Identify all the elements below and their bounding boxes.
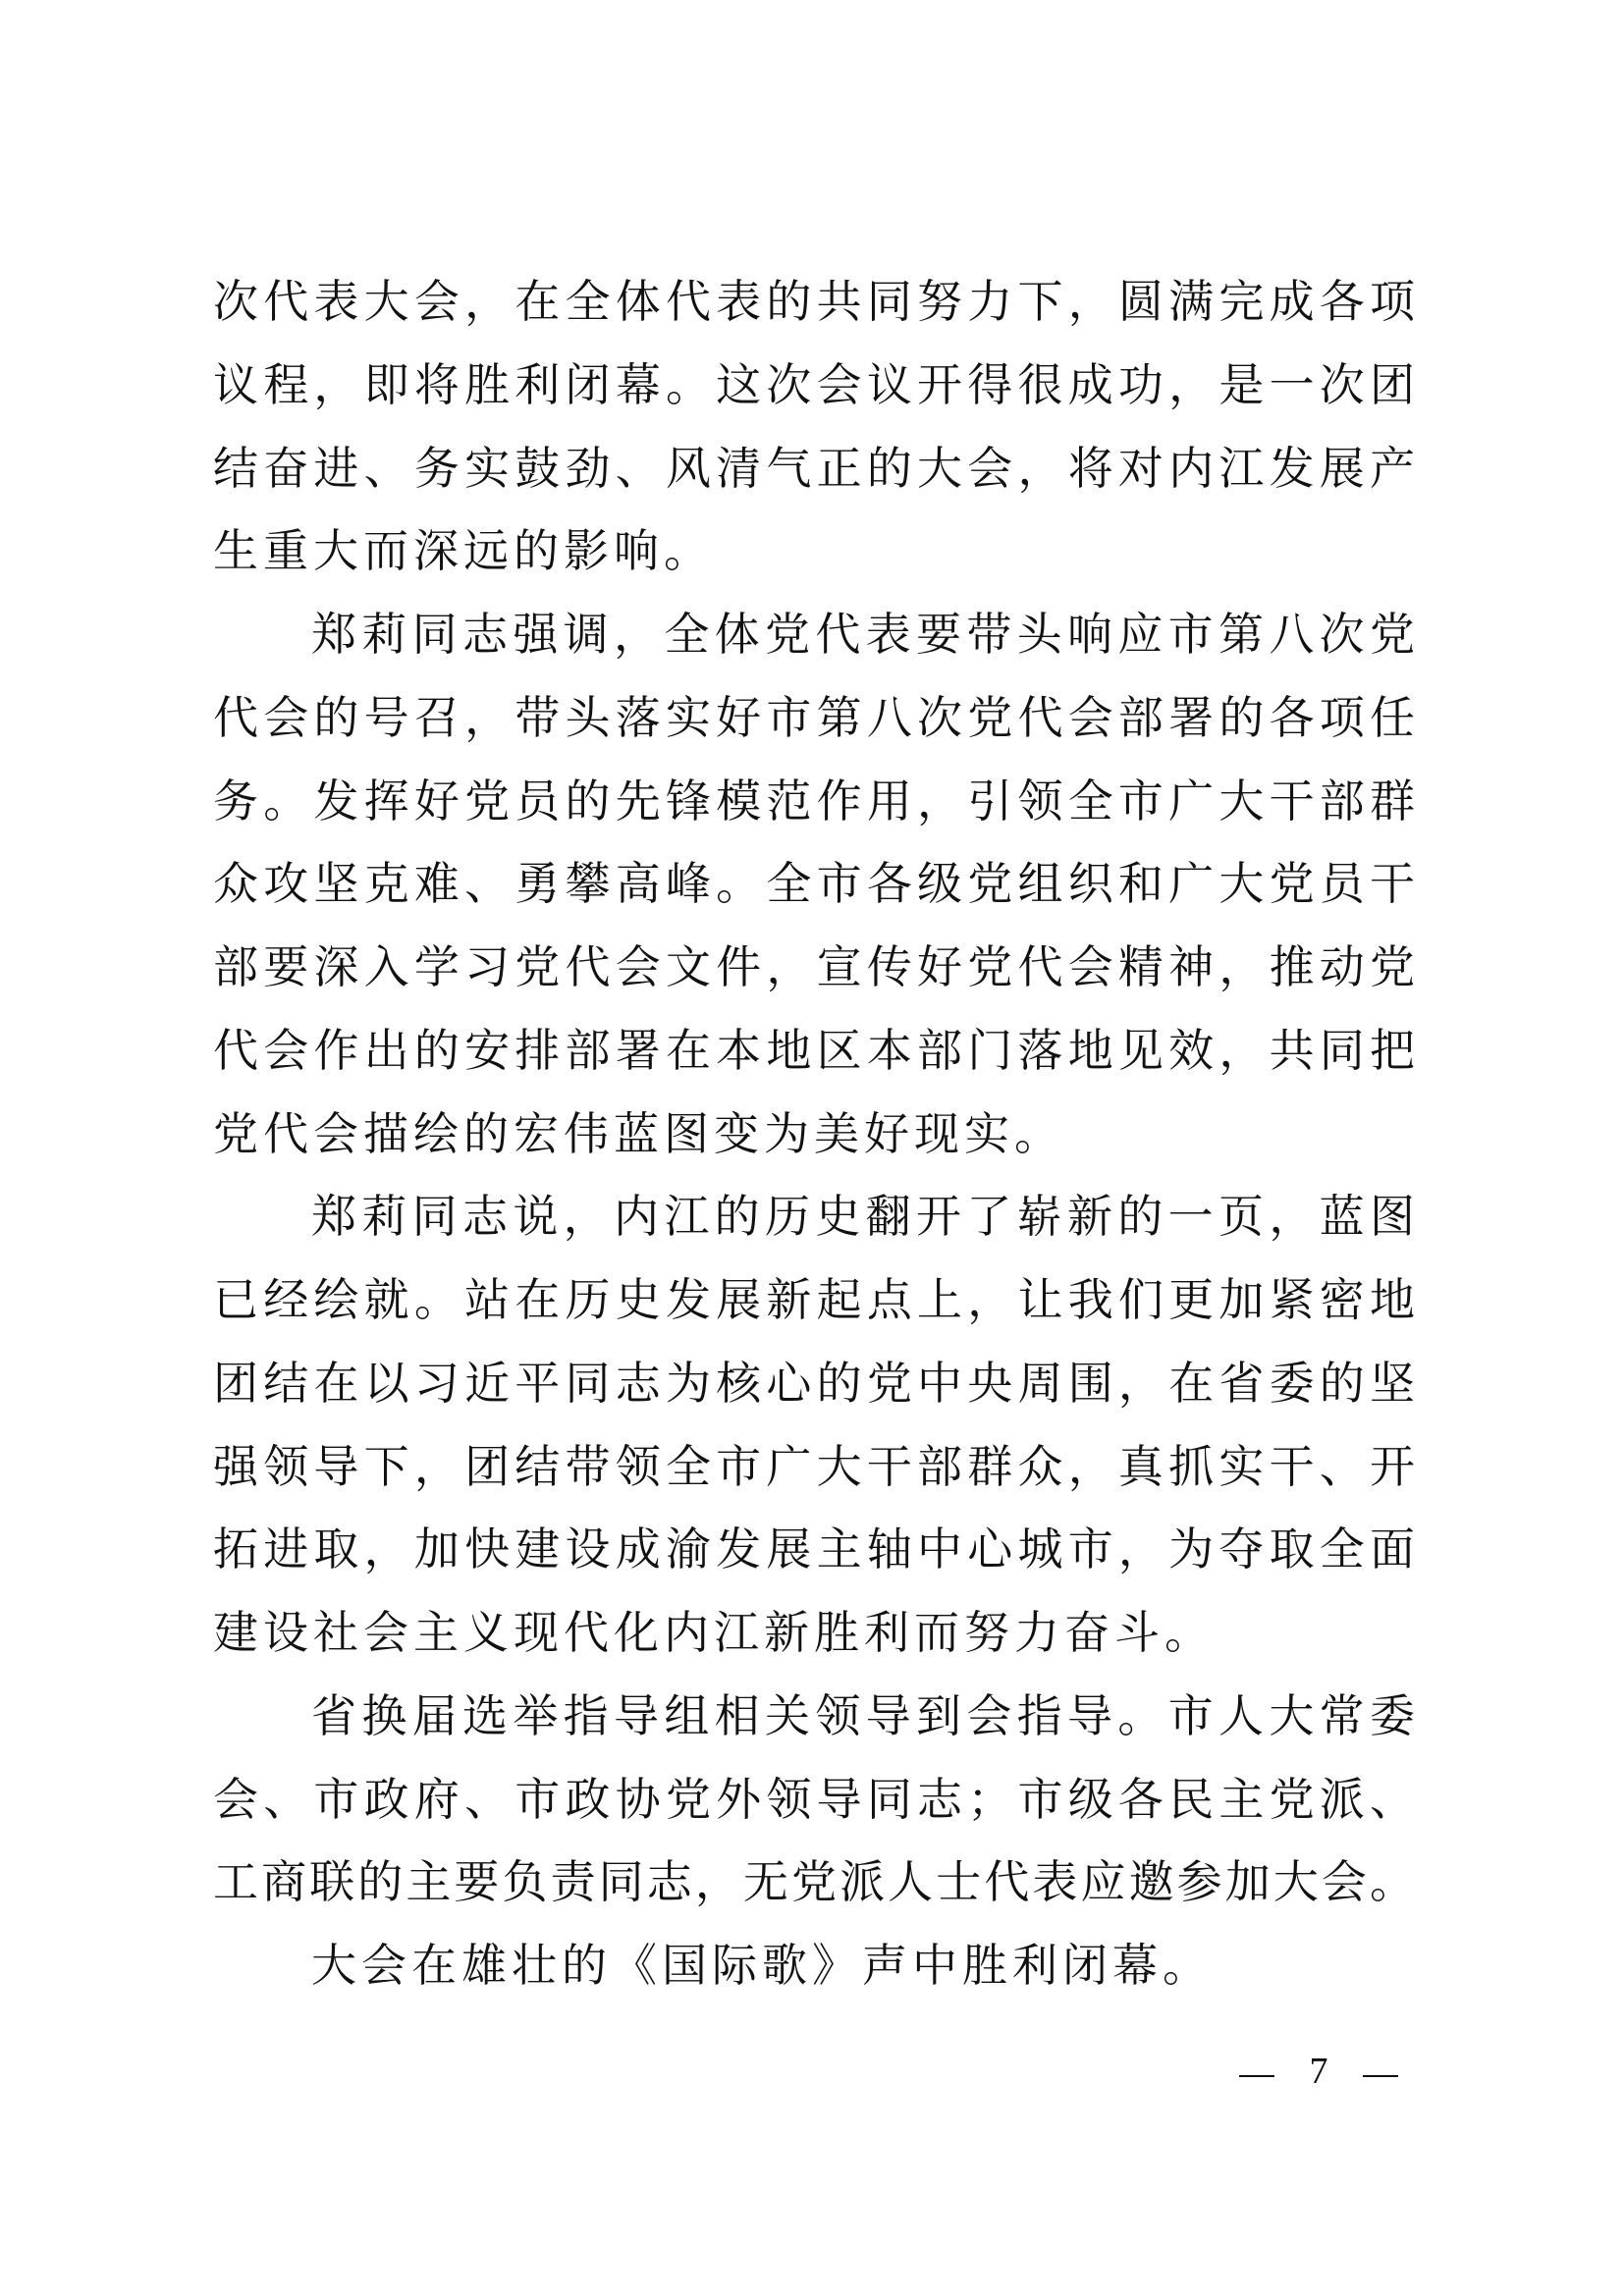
paragraph-3: 郑莉同志说，内江的历史翻开了崭新的一页，蓝图 已经绘就。站在历史发展新起点上，让… <box>213 1182 1415 1682</box>
text-line: 次代表大会，在全体代表的共同努力下，圆满完成各项 <box>213 267 1415 350</box>
page-number-dash-left <box>1239 2075 1274 2077</box>
text-line: 拓进取，加快建设成渝发展主轴中心城市，为夺取全面 <box>213 1515 1415 1598</box>
text-line: 工商联的主要负责同志，无党派人士代表应邀参加大会。 <box>213 1847 1415 1931</box>
text-line: 已经绘就。站在历史发展新起点上，让我们更加紧密地 <box>213 1265 1415 1349</box>
text-line: 部要深入学习党代会文件，宣传好党代会精神，推动党 <box>213 933 1415 1016</box>
page-number: 7 <box>1239 2050 1398 2093</box>
text-line: 党代会描绘的宏伟蓝图变为美好现实。 <box>213 1099 1415 1183</box>
text-line: 省换届选举指导组相关领导到会指导。市人大常委 <box>213 1682 1415 1765</box>
text-line: 大会在雄壮的《国际歌》声中胜利闭幕。 <box>213 1931 1415 2014</box>
paragraph-2: 郑莉同志强调，全体党代表要带头响应市第八次党 代会的号召，带头落实好市第八次党代… <box>213 600 1415 1182</box>
paragraph-1: 次代表大会，在全体代表的共同努力下，圆满完成各项 议程，即将胜利闭幕。这次会议开… <box>213 267 1415 600</box>
text-line: 众攻坚克难、勇攀高峰。全市各级党组织和广大党员干 <box>213 849 1415 933</box>
text-line: 务。发挥好党员的先锋模范作用，引领全市广大干部群 <box>213 767 1415 850</box>
page-number-value: 7 <box>1310 2050 1328 2093</box>
text-line: 结奋进、务实鼓劲、风清气正的大会，将对内江发展产 <box>213 434 1415 517</box>
text-line: 郑莉同志强调，全体党代表要带头响应市第八次党 <box>213 600 1415 683</box>
text-line: 强领导下，团结带领全市广大干部群众，真抓实干、开 <box>213 1432 1415 1516</box>
document-page: 次代表大会，在全体代表的共同努力下，圆满完成各项 议程，即将胜利闭幕。这次会议开… <box>0 0 1624 2296</box>
text-line: 建设社会主义现代化内江新胜利而努力奋斗。 <box>213 1598 1415 1682</box>
text-line: 议程，即将胜利闭幕。这次会议开得很成功，是一次团 <box>213 350 1415 434</box>
text-line: 代会作出的安排部署在本地区本部门落地见效，共同把 <box>213 1016 1415 1099</box>
body-text: 次代表大会，在全体代表的共同努力下，圆满完成各项 议程，即将胜利闭幕。这次会议开… <box>213 267 1415 2014</box>
text-line: 会、市政府、市政协党外领导同志；市级各民主党派、 <box>213 1765 1415 1848</box>
paragraph-4: 省换届选举指导组相关领导到会指导。市人大常委 会、市政府、市政协党外领导同志；市… <box>213 1682 1415 1931</box>
page-number-dash-right <box>1363 2075 1398 2077</box>
text-line: 团结在以习近平同志为核心的党中央周围，在省委的坚 <box>213 1349 1415 1432</box>
text-line: 生重大而深远的影响。 <box>213 516 1415 600</box>
text-line: 郑莉同志说，内江的历史翻开了崭新的一页，蓝图 <box>213 1182 1415 1265</box>
text-line: 代会的号召，带头落实好市第八次党代会部署的各项任 <box>213 683 1415 767</box>
paragraph-5: 大会在雄壮的《国际歌》声中胜利闭幕。 <box>213 1931 1415 2014</box>
